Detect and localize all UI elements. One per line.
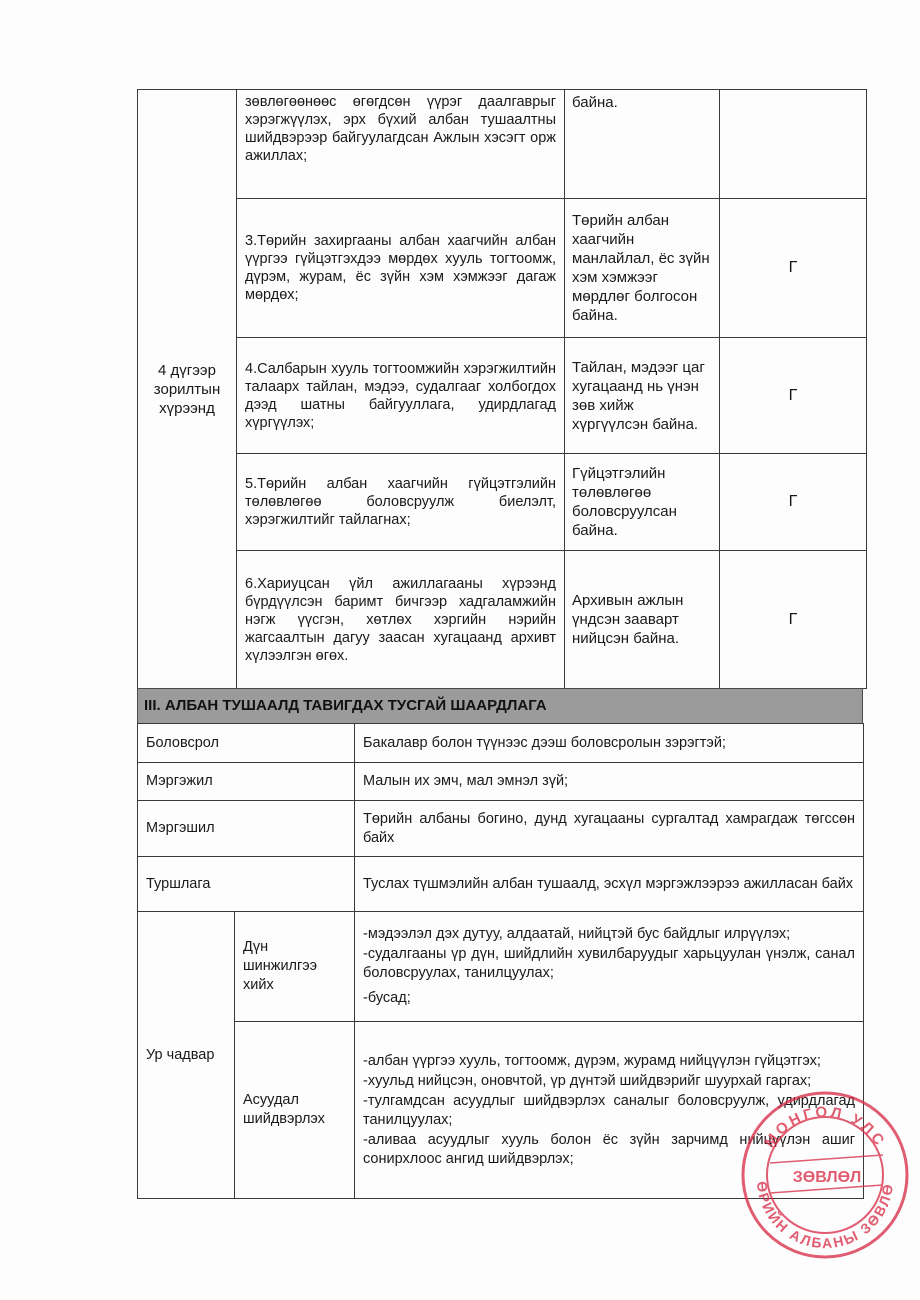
skill-item: -аливаа асуудлыг хууль болон ёс зүйн зар… [363, 1131, 855, 1169]
requirement-label: Боловсрол [138, 724, 355, 763]
requirement-value: Бакалавр болон түүнээс дээш боловсролын … [355, 724, 864, 763]
mark-cell: Г [720, 199, 867, 338]
skill-item: -судалгааны үр дүн, шийдлийн хувилбарууд… [363, 945, 855, 983]
mark-cell: Г [720, 454, 867, 551]
task-table: 4 дүгээр зорилтын хүрээнд зөвлөгөөнөөс ө… [137, 89, 867, 689]
table-row: Мэргэжил Малын их эмч, мал эмнэл зүй; [138, 763, 864, 801]
skill-item: -бусад; [363, 989, 855, 1008]
skill-item: -хуульд нийцсэн, оновчтой, үр дүнтэй ший… [363, 1072, 855, 1091]
mark-cell: Г [720, 551, 867, 689]
section-heading: III. АЛБАН ТУШААЛД ТАВИГДАХ ТУСГАЙ ШААРД… [137, 688, 863, 724]
skill-item: -мэдээлэл дэх дутуу, алдаатай, нийцтэй б… [363, 925, 855, 944]
requirement-label: Мэргэшил [138, 801, 355, 857]
task-text: 5.Төрийн албан хаагчийн гүйцэтгэлийн төл… [237, 454, 565, 551]
table-row: 3.Төрийн захиргааны албан хаагчийн албан… [138, 199, 867, 338]
requirement-value: Туслах түшмэлийн албан тушаалд, эсхүл мэ… [355, 857, 864, 912]
skill-item: -тулгамдсан асуудлыг шийдвэрлэх саналыг … [363, 1092, 855, 1130]
criterion-text: Гүйцэтгэлийн төлөвлөгөө боловсруулсан ба… [565, 454, 720, 551]
task-text: 4.Салбарын хууль тогтоомжийн хэрэгжилтий… [237, 338, 565, 454]
document-page: 4 дүгээр зорилтын хүрээнд зөвлөгөөнөөс ө… [0, 0, 920, 1300]
requirement-label: Мэргэжил [138, 763, 355, 801]
table-row: 6.Хариуцсан үйл ажиллагааны хүрээнд бүрд… [138, 551, 867, 689]
criterion-text: Төрийн албан хаагчийн манлайлал, ёс зүйн… [565, 199, 720, 338]
mark-cell [720, 90, 867, 199]
criterion-text: Тайлан, мэдээг цаг хугацаанд нь үнэн зөв… [565, 338, 720, 454]
skill-group-name: Асуудал шийдвэрлэх [235, 1022, 355, 1199]
table-row: 4.Салбарын хууль тогтоомжийн хэрэгжилтий… [138, 338, 867, 454]
skill-group-items: -мэдээлэл дэх дутуу, алдаатай, нийцтэй б… [355, 912, 864, 1022]
table-row: Асуудал шийдвэрлэх -албан үүргээ хууль, … [138, 1022, 864, 1199]
mark-cell: Г [720, 338, 867, 454]
skills-label: Ур чадвар [138, 912, 235, 1199]
requirements-table: Боловсрол Бакалавр болон түүнээс дээш бо… [137, 723, 864, 1199]
task-text: 3.Төрийн захиргааны албан хаагчийн албан… [237, 199, 565, 338]
table-row: 4 дүгээр зорилтын хүрээнд зөвлөгөөнөөс ө… [138, 90, 867, 199]
table-row: Мэргэшил Төрийн албаны богино, дунд хуга… [138, 801, 864, 857]
criterion-text: Архивын ажлын үндсэн зааварт нийцсэн бай… [565, 551, 720, 689]
criterion-text: байна. [565, 90, 720, 199]
table-row: Ур чадвар Дүн шинжилгээ хийх -мэдээлэл д… [138, 912, 864, 1022]
table-row: Туршлага Туслах түшмэлийн албан тушаалд,… [138, 857, 864, 912]
table-row: Боловсрол Бакалавр болон түүнээс дээш бо… [138, 724, 864, 763]
requirement-value: Төрийн албаны богино, дунд хугацааны сур… [355, 801, 864, 857]
task-text: зөвлөгөөнөөс өгөгдсөн үүрэг даалгаврыг х… [237, 90, 565, 199]
skill-group-items: -албан үүргээ хууль, тогтоомж, дүрэм, жу… [355, 1022, 864, 1199]
requirement-label: Туршлага [138, 857, 355, 912]
skill-group-name: Дүн шинжилгээ хийх [235, 912, 355, 1022]
task-text: 6.Хариуцсан үйл ажиллагааны хүрээнд бүрд… [237, 551, 565, 689]
table-row: 5.Төрийн албан хаагчийн гүйцэтгэлийн төл… [138, 454, 867, 551]
goal-label: 4 дүгээр зорилтын хүрээнд [138, 90, 237, 689]
skill-item: -албан үүргээ хууль, тогтоомж, дүрэм, жу… [363, 1052, 855, 1071]
requirement-value: Малын их эмч, мал эмнэл зүй; [355, 763, 864, 801]
